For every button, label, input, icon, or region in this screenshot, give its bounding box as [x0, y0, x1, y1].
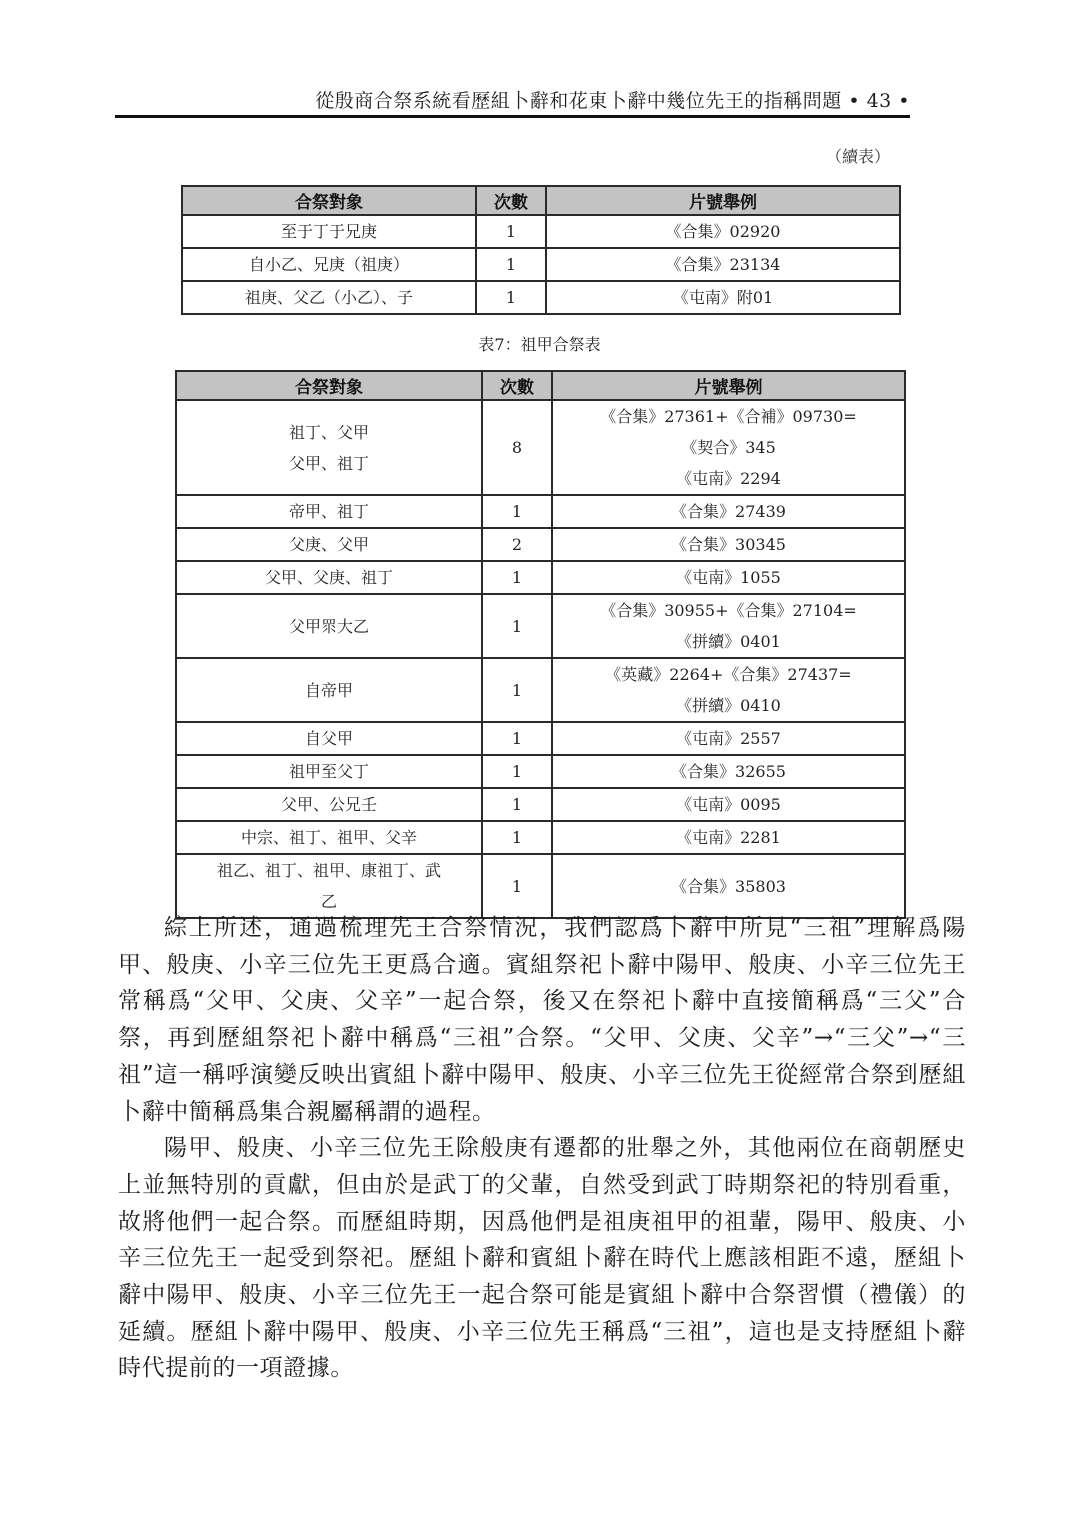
column-header-count: 次數 — [482, 371, 552, 400]
cell-target: 父甲眔大乙 — [176, 594, 482, 658]
body-text: 綜上所述，通過梳理先王合祭情況，我們認爲卜辭中所見“三祖”理解爲陽甲、般庚、小辛… — [118, 910, 966, 1387]
table-row: 祖庚、父乙（小乙）、子 1 《屯南》附01 — [182, 281, 900, 314]
cell-target: 父甲、父庚、祖丁 — [176, 561, 482, 594]
cell-ref-line: 《契合》345 — [557, 432, 900, 463]
cell-target: 自小乙、兄庚（祖庚） — [182, 248, 476, 281]
cell-target: 祖丁、父甲 父甲、祖丁 — [176, 400, 482, 495]
cell-count: 1 — [482, 755, 552, 788]
cell-refs: 《合集》23134 — [546, 248, 900, 281]
running-head: 從殷商合祭系統看歷組卜辭和花東卜辭中幾位先王的指稱問題 • 43 • — [115, 88, 910, 114]
cell-count: 1 — [476, 248, 546, 281]
cell-target: 祖乙、祖丁、祖甲、康祖丁、武 乙 — [176, 854, 482, 918]
cell-refs: 《合集》32655 — [552, 755, 905, 788]
table-row: 父庚、父甲 2 《合集》30345 — [176, 528, 905, 561]
table-row: 祖甲至父丁 1 《合集》32655 — [176, 755, 905, 788]
table-continued: 合祭對象 次數 片號舉例 至于丁于兄庚 1 《合集》02920 自小乙、兄庚（祖… — [181, 185, 901, 315]
cell-refs: 《屯南》附01 — [546, 281, 900, 314]
cell-target: 父甲、公兄壬 — [176, 788, 482, 821]
cell-ref-line: 《屯南》2294 — [557, 463, 900, 494]
table-row: 祖乙、祖丁、祖甲、康祖丁、武 乙 1 《合集》35803 — [176, 854, 905, 918]
column-header-target: 合祭對象 — [176, 371, 482, 400]
table-row: 父甲、公兄壬 1 《屯南》0095 — [176, 788, 905, 821]
cell-refs: 《屯南》2557 — [552, 722, 905, 755]
cell-refs: 《合集》27439 — [552, 495, 905, 528]
cell-refs: 《合集》27361+《合補》09730= 《契合》345 《屯南》2294 — [552, 400, 905, 495]
cell-target-line: 父甲、祖丁 — [181, 448, 477, 479]
cell-refs: 《合集》35803 — [552, 854, 905, 918]
table7: 合祭對象 次數 片號舉例 祖丁、父甲 父甲、祖丁 8 《合集》27361+《合補… — [175, 370, 906, 919]
page-number: • 43 • — [848, 90, 910, 112]
table-row: 帝甲、祖丁 1 《合集》27439 — [176, 495, 905, 528]
table-row: 自小乙、兄庚（祖庚） 1 《合集》23134 — [182, 248, 900, 281]
cell-target: 父庚、父甲 — [176, 528, 482, 561]
table-row: 至于丁于兄庚 1 《合集》02920 — [182, 215, 900, 248]
column-header-count: 次數 — [476, 186, 546, 215]
cell-target: 自帝甲 — [176, 658, 482, 722]
cell-count: 1 — [482, 561, 552, 594]
paragraph: 綜上所述，通過梳理先王合祭情況，我們認爲卜辭中所見“三祖”理解爲陽甲、般庚、小辛… — [118, 910, 966, 1130]
table-row: 自父甲 1 《屯南》2557 — [176, 722, 905, 755]
cell-ref-line: 《合集》27361+《合補》09730= — [557, 401, 900, 432]
cell-count: 1 — [476, 281, 546, 314]
cell-target: 祖庚、父乙（小乙）、子 — [182, 281, 476, 314]
cell-refs: 《屯南》1055 — [552, 561, 905, 594]
table-row: 父甲、父庚、祖丁 1 《屯南》1055 — [176, 561, 905, 594]
table-continued-label: （續表） — [780, 146, 890, 168]
table-row: 自帝甲 1 《英藏》2264+《合集》27437= 《拼續》0410 — [176, 658, 905, 722]
cell-ref-line: 《合集》30955+《合集》27104= — [557, 595, 900, 626]
cell-count: 1 — [476, 215, 546, 248]
header-rule — [115, 115, 910, 118]
cell-count: 1 — [482, 594, 552, 658]
cell-count: 2 — [482, 528, 552, 561]
cell-ref-line: 《拼續》0410 — [557, 690, 900, 721]
table-row: 祖丁、父甲 父甲、祖丁 8 《合集》27361+《合補》09730= 《契合》3… — [176, 400, 905, 495]
column-header-refs: 片號舉例 — [552, 371, 905, 400]
cell-refs: 《合集》30345 — [552, 528, 905, 561]
cell-refs: 《英藏》2264+《合集》27437= 《拼續》0410 — [552, 658, 905, 722]
cell-target: 中宗、祖丁、祖甲、父辛 — [176, 821, 482, 854]
cell-ref-line: 《拼續》0401 — [557, 626, 900, 657]
cell-refs: 《合集》30955+《合集》27104= 《拼續》0401 — [552, 594, 905, 658]
column-header-target: 合祭對象 — [182, 186, 476, 215]
table-header-row: 合祭對象 次數 片號舉例 — [176, 371, 905, 400]
cell-count: 1 — [482, 854, 552, 918]
cell-target: 祖甲至父丁 — [176, 755, 482, 788]
paragraph: 陽甲、般庚、小辛三位先王除般庚有遷都的壯舉之外，其他兩位在商朝歷史上並無特別的貢… — [118, 1130, 966, 1387]
cell-target-line: 祖乙、祖丁、祖甲、康祖丁、武 — [181, 855, 477, 886]
cell-refs: 《屯南》0095 — [552, 788, 905, 821]
cell-target: 至于丁于兄庚 — [182, 215, 476, 248]
table7-caption: 表7：祖甲合祭表 — [175, 333, 904, 357]
column-header-refs: 片號舉例 — [546, 186, 900, 215]
running-title: 從殷商合祭系統看歷組卜辭和花東卜辭中幾位先王的指稱問題 — [315, 90, 842, 112]
cell-count: 1 — [482, 658, 552, 722]
table-row: 父甲眔大乙 1 《合集》30955+《合集》27104= 《拼續》0401 — [176, 594, 905, 658]
cell-target: 帝甲、祖丁 — [176, 495, 482, 528]
cell-count: 8 — [482, 400, 552, 495]
cell-refs: 《屯南》2281 — [552, 821, 905, 854]
cell-count: 1 — [482, 788, 552, 821]
cell-target: 自父甲 — [176, 722, 482, 755]
cell-count: 1 — [482, 495, 552, 528]
cell-count: 1 — [482, 821, 552, 854]
cell-count: 1 — [482, 722, 552, 755]
cell-ref-line: 《英藏》2264+《合集》27437= — [557, 659, 900, 690]
cell-refs: 《合集》02920 — [546, 215, 900, 248]
table-header-row: 合祭對象 次數 片號舉例 — [182, 186, 900, 215]
table-row: 中宗、祖丁、祖甲、父辛 1 《屯南》2281 — [176, 821, 905, 854]
cell-target-line: 祖丁、父甲 — [181, 417, 477, 448]
